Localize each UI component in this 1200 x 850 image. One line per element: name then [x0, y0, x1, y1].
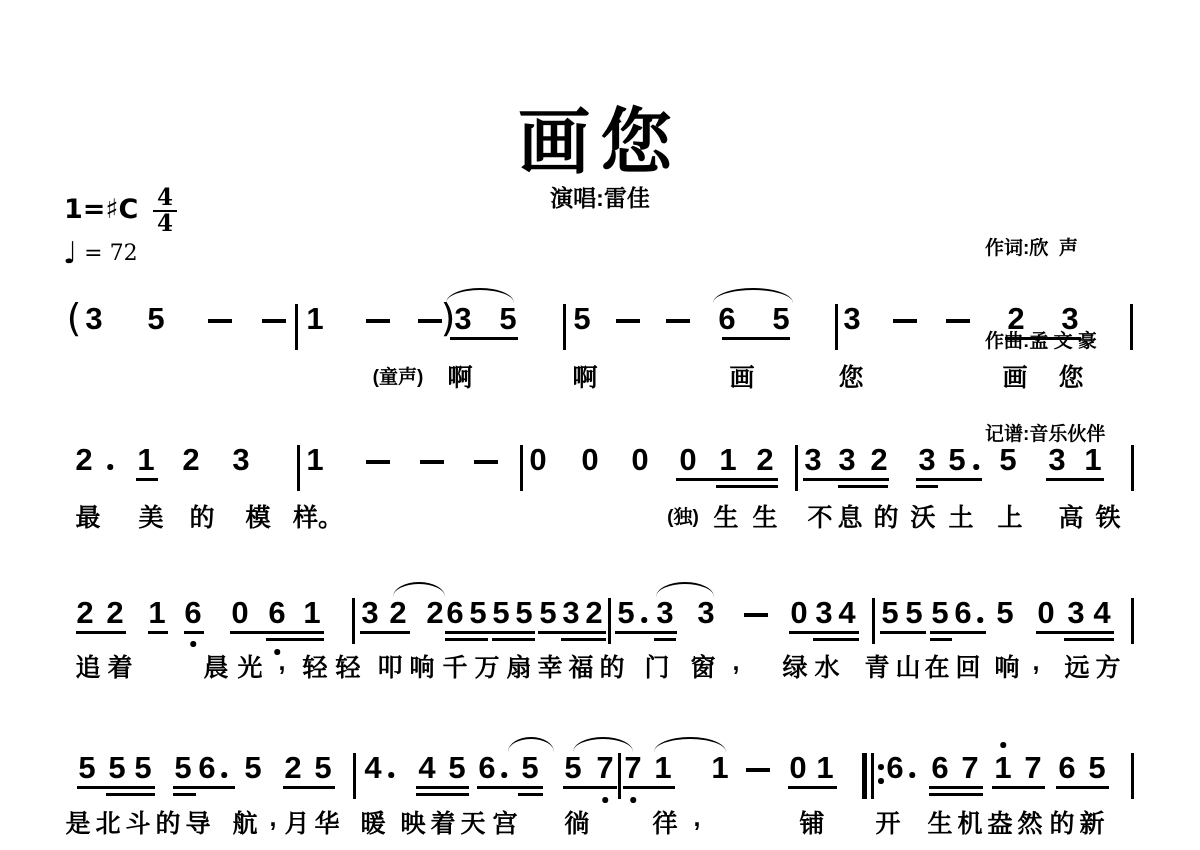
- lyric: 晨: [203, 648, 228, 684]
- lyric: 山: [895, 648, 920, 684]
- note-5: 5: [492, 597, 509, 629]
- note-6: 6: [954, 597, 971, 629]
- lyric: 响: [409, 648, 434, 684]
- lyric: 铺: [799, 804, 824, 840]
- lyric: 门: [644, 648, 669, 684]
- sheet-music-page: 画您 演唱:雷佳 作词:欣 声 作曲:孟 文 豪 记谱:音乐伙伴 1=♯C 4 …: [0, 0, 1200, 850]
- beam-underline: [930, 631, 986, 634]
- lyric: 幸: [537, 648, 562, 684]
- lyric: 月: [284, 804, 309, 840]
- note-5: 5: [573, 303, 590, 335]
- note-3: 3: [656, 597, 673, 629]
- lyric: 沃: [910, 498, 935, 534]
- barline: [1131, 598, 1134, 644]
- lyric: 宫: [492, 804, 517, 840]
- note-2: 2: [182, 444, 199, 476]
- note-3: 3: [1048, 444, 1065, 476]
- lyric: 轻: [302, 648, 327, 684]
- lyric: 盎: [987, 804, 1012, 840]
- beam-underline: [563, 786, 617, 789]
- beam-underline: [230, 631, 324, 634]
- note-1: 1: [654, 752, 671, 784]
- octave-dot: [1000, 742, 1006, 748]
- beam-underline: [1036, 631, 1114, 634]
- note-6: 6: [886, 752, 903, 784]
- lyric: ,: [733, 648, 740, 677]
- lyric: 样。: [293, 498, 343, 534]
- lyric: 水: [814, 648, 839, 684]
- augmentation-dot: [641, 617, 647, 623]
- note-1: 1: [137, 444, 154, 476]
- lyric: 叩: [377, 648, 402, 684]
- barline: [353, 753, 356, 799]
- note-5: 5: [448, 752, 465, 784]
- parenthesis: ): [441, 298, 456, 338]
- note-0: 0: [231, 597, 248, 629]
- lyric: 息: [837, 498, 862, 534]
- beam-underline: [477, 786, 543, 789]
- note-0: 0: [529, 444, 546, 476]
- beam-underline: [803, 478, 889, 481]
- note-6: 6: [446, 597, 463, 629]
- beam-underline: [77, 786, 155, 789]
- note-1: 1: [306, 303, 323, 335]
- barline: [835, 304, 838, 350]
- note-5: 5: [948, 444, 965, 476]
- lyric: 土: [948, 498, 973, 534]
- lyric: 光: [237, 648, 262, 684]
- lyric: ,: [1033, 648, 1040, 677]
- note-3: 3: [697, 597, 714, 629]
- lyric: 北: [95, 804, 120, 840]
- beam-underline: [654, 638, 676, 641]
- beam-underline: [1056, 786, 1109, 789]
- note-5: 5: [134, 752, 151, 784]
- lyric: 暖: [360, 804, 385, 840]
- lyric: 斗: [125, 804, 150, 840]
- lyric: 是: [65, 804, 90, 840]
- lyric: 生: [752, 498, 777, 534]
- beam-underline: [916, 485, 938, 488]
- lyric: 万: [474, 648, 499, 684]
- barline: [872, 598, 875, 644]
- note-1: 1: [711, 752, 728, 784]
- note-2: 2: [389, 597, 406, 629]
- barline: [563, 304, 566, 350]
- beam-underline: [623, 786, 675, 789]
- beam-underline: [76, 631, 126, 634]
- note-3: 3: [454, 303, 471, 335]
- barline: [608, 598, 611, 644]
- duration-dash: [474, 460, 498, 464]
- note-5: 5: [999, 444, 1016, 476]
- lyric: 的: [1049, 804, 1074, 840]
- duration-dash: [616, 319, 640, 323]
- note-3: 3: [815, 597, 832, 629]
- lyric: 徜: [564, 804, 589, 840]
- note-7: 7: [961, 752, 978, 784]
- note-4: 4: [838, 597, 855, 629]
- barline: [1131, 753, 1134, 799]
- beam-underline: [676, 478, 778, 481]
- note-2: 2: [426, 597, 443, 629]
- note-2: 2: [106, 597, 123, 629]
- beam-underline: [716, 485, 778, 488]
- beam-underline: [173, 786, 235, 789]
- lyric: 着: [107, 648, 132, 684]
- note-4: 4: [1093, 597, 1110, 629]
- lyric: 导: [185, 804, 210, 840]
- duration-dash: [666, 319, 690, 323]
- note-1: 1: [303, 597, 320, 629]
- beam-underline: [813, 638, 859, 641]
- beam-underline: [929, 793, 983, 796]
- note-5: 5: [499, 303, 516, 335]
- augmentation-dot: [221, 772, 227, 778]
- lyric: 画: [729, 358, 754, 394]
- duration-dash: [420, 460, 444, 464]
- beam-underline: [136, 478, 158, 481]
- lyric: 响: [994, 648, 1019, 684]
- note-4: 4: [418, 752, 435, 784]
- lyric: 美: [138, 498, 163, 534]
- barline: [1130, 304, 1133, 350]
- slur-arc: [508, 737, 554, 752]
- beam-underline: [1005, 337, 1081, 340]
- duration-dash: [208, 319, 232, 323]
- augmentation-dot: [388, 772, 394, 778]
- note-3: 3: [843, 303, 860, 335]
- lyric: 开: [875, 804, 900, 840]
- beam-underline: [360, 631, 410, 634]
- beam-underline: [416, 786, 469, 789]
- note-3: 3: [1067, 597, 1084, 629]
- augmentation-dot: [909, 772, 915, 778]
- lyric: 画: [1002, 358, 1027, 394]
- beam-underline: [615, 631, 677, 634]
- note-5: 5: [996, 597, 1013, 629]
- beam-underline: [788, 786, 837, 789]
- note-5: 5: [905, 597, 922, 629]
- note-0: 0: [679, 444, 696, 476]
- lyric: 机: [957, 804, 982, 840]
- beam-underline: [450, 337, 518, 340]
- lyric: 远: [1064, 648, 1089, 684]
- barline: [520, 445, 523, 491]
- lyric: 铁: [1095, 498, 1120, 534]
- augmentation-dot: [107, 464, 113, 470]
- lyric: 生: [713, 498, 738, 534]
- barline: [795, 445, 798, 491]
- duration-dash: [366, 460, 390, 464]
- beam-underline: [445, 638, 488, 641]
- lyric: 然: [1017, 804, 1042, 840]
- note-2: 2: [870, 444, 887, 476]
- note-4: 4: [364, 752, 381, 784]
- lyric: 青: [864, 648, 889, 684]
- slur-arc: [446, 288, 514, 303]
- barline: [1131, 445, 1134, 491]
- beam-underline: [1046, 478, 1104, 481]
- repeat-barline-thick: [862, 753, 867, 799]
- barline: [352, 598, 355, 644]
- lyric: ,: [694, 804, 701, 833]
- beam-underline: [929, 786, 983, 789]
- note-6: 6: [268, 597, 285, 629]
- duration-dash: [744, 613, 768, 617]
- beam-underline: [445, 631, 535, 634]
- lyric: 扇: [506, 648, 531, 684]
- note-5: 5: [881, 597, 898, 629]
- note-6: 6: [198, 752, 215, 784]
- duration-dash: [366, 319, 390, 323]
- beam-underline: [492, 638, 535, 641]
- lyric: 窗: [690, 648, 715, 684]
- note-5: 5: [515, 597, 532, 629]
- note-2: 2: [76, 597, 93, 629]
- beam-underline: [838, 485, 888, 488]
- lyric: 的: [189, 498, 214, 534]
- lyric: 映: [400, 804, 425, 840]
- note-6: 6: [478, 752, 495, 784]
- lyric: 方: [1095, 648, 1120, 684]
- lyric: 您: [1058, 358, 1083, 394]
- note-2: 2: [585, 597, 602, 629]
- note-1: 1: [148, 597, 165, 629]
- lyric: 回: [955, 648, 980, 684]
- note-0: 0: [790, 597, 807, 629]
- lyric: 航: [232, 804, 257, 840]
- beam-underline: [1064, 638, 1114, 641]
- note-5: 5: [617, 597, 634, 629]
- beam-underline: [266, 638, 324, 641]
- slur-arc: [713, 288, 793, 303]
- beam-underline: [880, 631, 926, 634]
- beam-underline: [561, 638, 606, 641]
- beam-underline: [148, 631, 168, 634]
- note-3: 3: [232, 444, 249, 476]
- beam-underline: [283, 786, 335, 789]
- note-2: 2: [756, 444, 773, 476]
- lyric: 上: [997, 498, 1022, 534]
- duration-dash: [418, 319, 442, 323]
- lyric: 着: [430, 804, 455, 840]
- note-6: 6: [718, 303, 735, 335]
- note-3: 3: [1061, 303, 1078, 335]
- slur-arc: [393, 582, 445, 597]
- note-5: 5: [174, 752, 191, 784]
- note-0: 0: [581, 444, 598, 476]
- note-5: 5: [108, 752, 125, 784]
- beam-underline: [416, 793, 469, 796]
- note-0: 0: [631, 444, 648, 476]
- score: (351)35565323(童声)啊啊画您画您21231000012332355…: [0, 0, 1200, 850]
- lyric: (童声): [373, 358, 424, 389]
- beam-underline: [106, 793, 155, 796]
- note-1: 1: [1084, 444, 1101, 476]
- note-3: 3: [85, 303, 102, 335]
- lyric: 啊: [572, 358, 597, 394]
- beam-underline: [538, 631, 606, 634]
- beam-underline: [722, 337, 790, 340]
- lyric: 模: [245, 498, 270, 534]
- note-5: 5: [314, 752, 331, 784]
- lyric: 生: [927, 804, 952, 840]
- note-3: 3: [361, 597, 378, 629]
- note-5: 5: [469, 597, 486, 629]
- note-5: 5: [78, 752, 95, 784]
- lyric: 绿: [782, 648, 807, 684]
- note-3: 3: [918, 444, 935, 476]
- lyric: 最: [75, 498, 100, 534]
- note-1: 1: [994, 752, 1011, 784]
- beam-underline: [789, 631, 859, 634]
- lyric: 徉: [652, 804, 677, 840]
- lyric: 的: [155, 804, 180, 840]
- note-6: 6: [931, 752, 948, 784]
- note-5: 5: [244, 752, 261, 784]
- note-3: 3: [838, 444, 855, 476]
- note-1: 1: [306, 444, 323, 476]
- beam-underline: [518, 793, 543, 796]
- note-3: 3: [804, 444, 821, 476]
- octave-dot: [602, 797, 608, 803]
- note-5: 5: [539, 597, 556, 629]
- note-7: 7: [1024, 752, 1041, 784]
- repeat-dot: [878, 778, 884, 784]
- note-6: 6: [184, 597, 201, 629]
- lyric: 您: [838, 358, 863, 394]
- lyric: 福: [568, 648, 593, 684]
- lyric: 在: [924, 648, 949, 684]
- note-5: 5: [147, 303, 164, 335]
- duration-dash: [893, 319, 917, 323]
- duration-dash: [746, 768, 770, 772]
- octave-dot: [630, 797, 636, 803]
- beam-underline: [916, 478, 982, 481]
- augmentation-dot: [501, 772, 507, 778]
- repeat-dot: [878, 764, 884, 770]
- note-0: 0: [789, 752, 806, 784]
- note-2: 2: [1007, 303, 1024, 335]
- note-5: 5: [931, 597, 948, 629]
- note-5: 5: [564, 752, 581, 784]
- beam-underline: [184, 631, 204, 634]
- lyric: 新: [1079, 804, 1104, 840]
- lyric: 追: [75, 648, 100, 684]
- note-7: 7: [596, 752, 613, 784]
- augmentation-dot: [977, 617, 983, 623]
- note-5: 5: [772, 303, 789, 335]
- lyric: (独): [667, 498, 699, 529]
- slur-arc: [654, 737, 726, 752]
- barline: [618, 753, 621, 799]
- slur-arc: [573, 737, 633, 752]
- lyric: 华: [314, 804, 339, 840]
- beam-underline: [173, 793, 196, 796]
- note-1: 1: [719, 444, 736, 476]
- note-6: 6: [1058, 752, 1075, 784]
- note-2: 2: [75, 444, 92, 476]
- lyric: 啊: [447, 358, 472, 394]
- lyric: 的: [599, 648, 624, 684]
- note-0: 0: [1037, 597, 1054, 629]
- octave-dot: [190, 641, 196, 647]
- note-1: 1: [816, 752, 833, 784]
- note-5: 5: [1088, 752, 1105, 784]
- note-3: 3: [562, 597, 579, 629]
- note-2: 2: [284, 752, 301, 784]
- lyric: 千: [442, 648, 467, 684]
- slur-arc: [656, 582, 714, 597]
- lyric: 的: [873, 498, 898, 534]
- beam-underline: [992, 786, 1045, 789]
- duration-dash: [262, 319, 286, 323]
- barline: [295, 304, 298, 350]
- lyric: ,: [270, 804, 277, 833]
- lyric: 天: [460, 804, 485, 840]
- beam-underline: [930, 638, 952, 641]
- note-5: 5: [521, 752, 538, 784]
- barline: [297, 445, 300, 491]
- augmentation-dot: [973, 464, 979, 470]
- parenthesis: (: [67, 298, 82, 338]
- lyric: 高: [1058, 498, 1083, 534]
- repeat-barline-thin: [871, 753, 874, 799]
- lyric: ,: [279, 648, 286, 677]
- lyric: 不: [807, 498, 832, 534]
- note-7: 7: [624, 752, 641, 784]
- duration-dash: [946, 319, 970, 323]
- lyric: 轻: [335, 648, 360, 684]
